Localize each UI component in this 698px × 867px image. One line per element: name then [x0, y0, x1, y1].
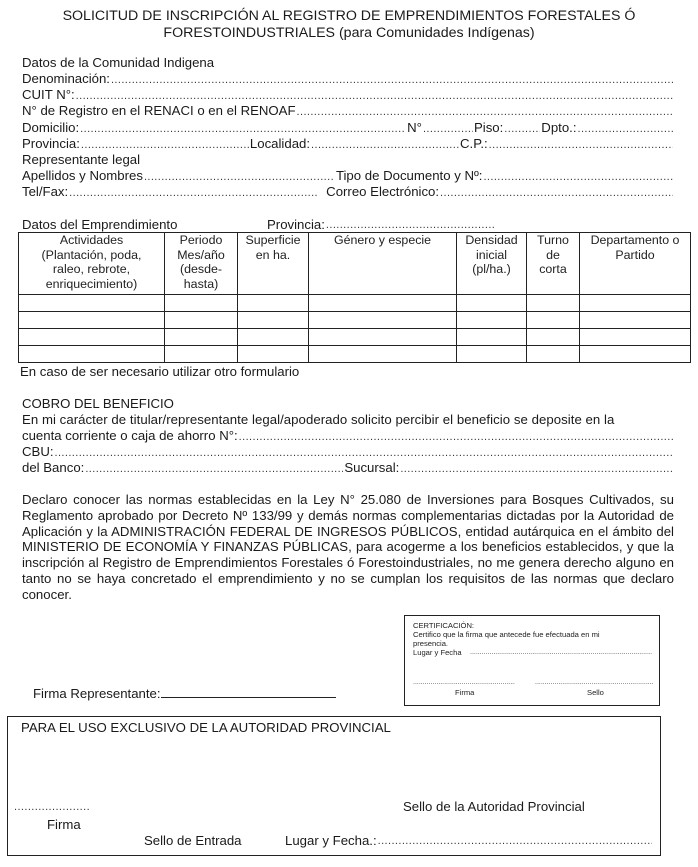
- representante-title: Representante legal: [22, 152, 140, 168]
- autoridad-lugar-fecha-row: Lugar y Fecha.:: [285, 833, 653, 849]
- table-cell-periodo[interactable]: [165, 312, 238, 329]
- table-cell-superficie[interactable]: [238, 295, 309, 312]
- registro-field[interactable]: [297, 104, 673, 119]
- cuit-row: CUIT N°:: [22, 87, 674, 103]
- table-row: [19, 312, 691, 329]
- table-cell-actividades[interactable]: [19, 329, 165, 346]
- piso-field[interactable]: [504, 121, 540, 136]
- banco-label: del Banco:: [22, 460, 84, 476]
- sello-autoridad-label: Sello de la Autoridad Provincial: [403, 799, 585, 815]
- autoridad-lugar-fecha-field[interactable]: [378, 833, 652, 849]
- banco-row: del Banco: Sucursal:: [22, 460, 674, 476]
- dpto-label: Dpto.:: [541, 120, 576, 136]
- column-header-periodo: PeriodoMes/año(desde-hasta): [165, 233, 238, 295]
- emprendimiento-provincia-label: Provincia:: [267, 217, 325, 233]
- certificacion-line1: Certifico que la firma que antecede fue …: [413, 630, 600, 639]
- provincia-row: Provincia: Localidad: C.P.:: [22, 136, 674, 152]
- cuenta-field[interactable]: [239, 429, 673, 444]
- denominacion-label: Denominación:: [22, 71, 110, 87]
- table-cell-densidad[interactable]: [457, 346, 527, 363]
- cobro-intro: En mi carácter de titular/representante …: [22, 412, 614, 428]
- banco-field[interactable]: [85, 461, 343, 476]
- denominacion-field[interactable]: [111, 72, 673, 87]
- table-cell-densidad[interactable]: [457, 312, 527, 329]
- numero-label: N°: [407, 120, 422, 136]
- firma-representante-label: Firma Representante:: [33, 686, 161, 701]
- column-header-superficie: Superficieen ha.: [238, 233, 309, 295]
- tipo-doc-field[interactable]: [483, 169, 673, 184]
- table-cell-departamento[interactable]: [580, 346, 691, 363]
- registro-label: N° de Registro en el RENACI o en el RENO…: [22, 103, 296, 119]
- domicilio-label: Domicilio:: [22, 120, 79, 136]
- autoridad-firma-field[interactable]: ......................: [14, 801, 90, 813]
- table-cell-actividades[interactable]: [19, 346, 165, 363]
- apellidos-label: Apellidos y Nombres: [22, 168, 143, 184]
- table-cell-periodo[interactable]: [165, 329, 238, 346]
- table-cell-turno-corta[interactable]: [527, 346, 580, 363]
- certificacion-firma-field[interactable]: [413, 679, 515, 686]
- cbu-field[interactable]: [55, 445, 673, 460]
- apellidos-field[interactable]: [144, 169, 335, 184]
- autoridad-firma-label: Firma: [47, 817, 81, 833]
- cp-field[interactable]: [489, 137, 673, 152]
- table-cell-genero-especie[interactable]: [309, 329, 457, 346]
- provincia-field[interactable]: [81, 137, 249, 152]
- table-cell-densidad[interactable]: [457, 329, 527, 346]
- column-header-turno-corta: Turnodecorta: [527, 233, 580, 295]
- sucursal-field[interactable]: [400, 461, 673, 476]
- section-title-cobro: COBRO DEL BENEFICIO: [22, 396, 174, 412]
- table-cell-periodo[interactable]: [165, 346, 238, 363]
- column-header-departamento: Departamento oPartido: [580, 233, 691, 295]
- cuenta-row: cuenta corriente o caja de ahorro N°:: [22, 428, 674, 444]
- table-cell-genero-especie[interactable]: [309, 312, 457, 329]
- autoridad-box: PARA EL USO EXCLUSIVO DE LA AUTORIDAD PR…: [7, 716, 661, 856]
- section-title-emprendimiento: Datos del Emprendimiento: [22, 217, 177, 233]
- certificacion-firma-label: Firma: [455, 688, 474, 697]
- table-cell-superficie[interactable]: [238, 312, 309, 329]
- correo-label: Correo Electrónico:: [326, 184, 439, 200]
- table-cell-genero-especie[interactable]: [309, 346, 457, 363]
- table-cell-departamento[interactable]: [580, 295, 691, 312]
- registro-row: N° de Registro en el RENACI o en el RENO…: [22, 103, 674, 119]
- certificacion-sello-label: Sello: [587, 688, 604, 697]
- table-cell-superficie[interactable]: [238, 329, 309, 346]
- localidad-label: Localidad:: [250, 136, 310, 152]
- table-row: [19, 329, 691, 346]
- autoridad-lugar-fecha-label: Lugar y Fecha.:: [285, 833, 377, 849]
- table-cell-departamento[interactable]: [580, 329, 691, 346]
- telfax-row: Tel/Fax: Correo Electrónico:: [22, 184, 674, 200]
- certificacion-sello-field[interactable]: [535, 679, 653, 686]
- numero-field[interactable]: [423, 121, 473, 136]
- telfax-field[interactable]: [69, 185, 319, 200]
- cbu-label: CBU:: [22, 444, 54, 460]
- form-title-line2: FORESTOINDUSTRIALES (para Comunidades In…: [0, 25, 698, 42]
- tipo-doc-label: Tipo de Documento y Nº:: [336, 168, 483, 184]
- emprendimiento-table: Actividades(Plantación, poda,raleo, rebr…: [18, 232, 691, 363]
- cuit-field[interactable]: [76, 88, 673, 103]
- cp-label: C.P.:: [460, 136, 488, 152]
- cuenta-label: cuenta corriente o caja de ahorro N°:: [22, 428, 238, 444]
- emprendimiento-provincia-row: Provincia:: [267, 217, 497, 233]
- firma-representante-field[interactable]: [161, 685, 336, 698]
- column-header-genero-especie: Género y especie: [309, 233, 457, 295]
- certificacion-line2: presencia.: [413, 639, 448, 648]
- table-header-row: Actividades(Plantación, poda,raleo, rebr…: [19, 233, 691, 295]
- table-cell-actividades[interactable]: [19, 295, 165, 312]
- table-cell-turno-corta[interactable]: [527, 312, 580, 329]
- piso-label: Piso:: [474, 120, 503, 136]
- column-header-densidad: Densidadinicial(pl/ha.): [457, 233, 527, 295]
- table-row: [19, 346, 691, 363]
- provincia-label: Provincia:: [22, 136, 80, 152]
- form-title-line1: SOLICITUD DE INSCRIPCIÓN AL REGISTRO DE …: [0, 8, 698, 25]
- dpto-field[interactable]: [577, 121, 673, 136]
- sucursal-label: Sucursal:: [344, 460, 399, 476]
- certificacion-lugar-fecha-field[interactable]: [470, 649, 652, 656]
- apellidos-row: Apellidos y Nombres Tipo de Documento y …: [22, 168, 674, 184]
- table-cell-departamento[interactable]: [580, 312, 691, 329]
- column-header-actividades: Actividades(Plantación, poda,raleo, rebr…: [19, 233, 165, 295]
- table-cell-periodo[interactable]: [165, 295, 238, 312]
- cbu-row: CBU:: [22, 444, 674, 460]
- firma-representante-row: Firma Representante:: [33, 685, 336, 702]
- table-cell-densidad[interactable]: [457, 295, 527, 312]
- domicilio-field[interactable]: [80, 121, 406, 136]
- table-cell-superficie[interactable]: [238, 346, 309, 363]
- correo-field[interactable]: [440, 185, 673, 200]
- domicilio-row: Domicilio: N° Piso: Dpto.:: [22, 120, 674, 136]
- certificacion-box: CERTIFICACIÓN: Certifico que la firma qu…: [404, 615, 660, 706]
- table-cell-turno-corta[interactable]: [527, 295, 580, 312]
- autoridad-title: PARA EL USO EXCLUSIVO DE LA AUTORIDAD PR…: [21, 720, 391, 736]
- sello-entrada-label: Sello de Entrada: [144, 833, 242, 849]
- denominacion-row: Denominación:: [22, 71, 674, 87]
- table-row: [19, 295, 691, 312]
- declaracion-text: Declaro conocer las normas establecidas …: [22, 492, 674, 603]
- telfax-label: Tel/Fax:: [22, 184, 68, 200]
- table-footnote: En caso de ser necesario utilizar otro f…: [20, 364, 299, 380]
- section-title-comunidad: Datos de la Comunidad Indigena: [22, 55, 214, 71]
- table-cell-turno-corta[interactable]: [527, 329, 580, 346]
- emprendimiento-provincia-field[interactable]: [326, 217, 496, 233]
- certificacion-lugar-fecha-label: Lugar y Fecha: [413, 648, 462, 657]
- certificacion-title: CERTIFICACIÓN:: [413, 621, 474, 630]
- table-cell-actividades[interactable]: [19, 312, 165, 329]
- table-cell-genero-especie[interactable]: [309, 295, 457, 312]
- localidad-field[interactable]: [311, 137, 459, 152]
- cuit-label: CUIT N°:: [22, 87, 75, 103]
